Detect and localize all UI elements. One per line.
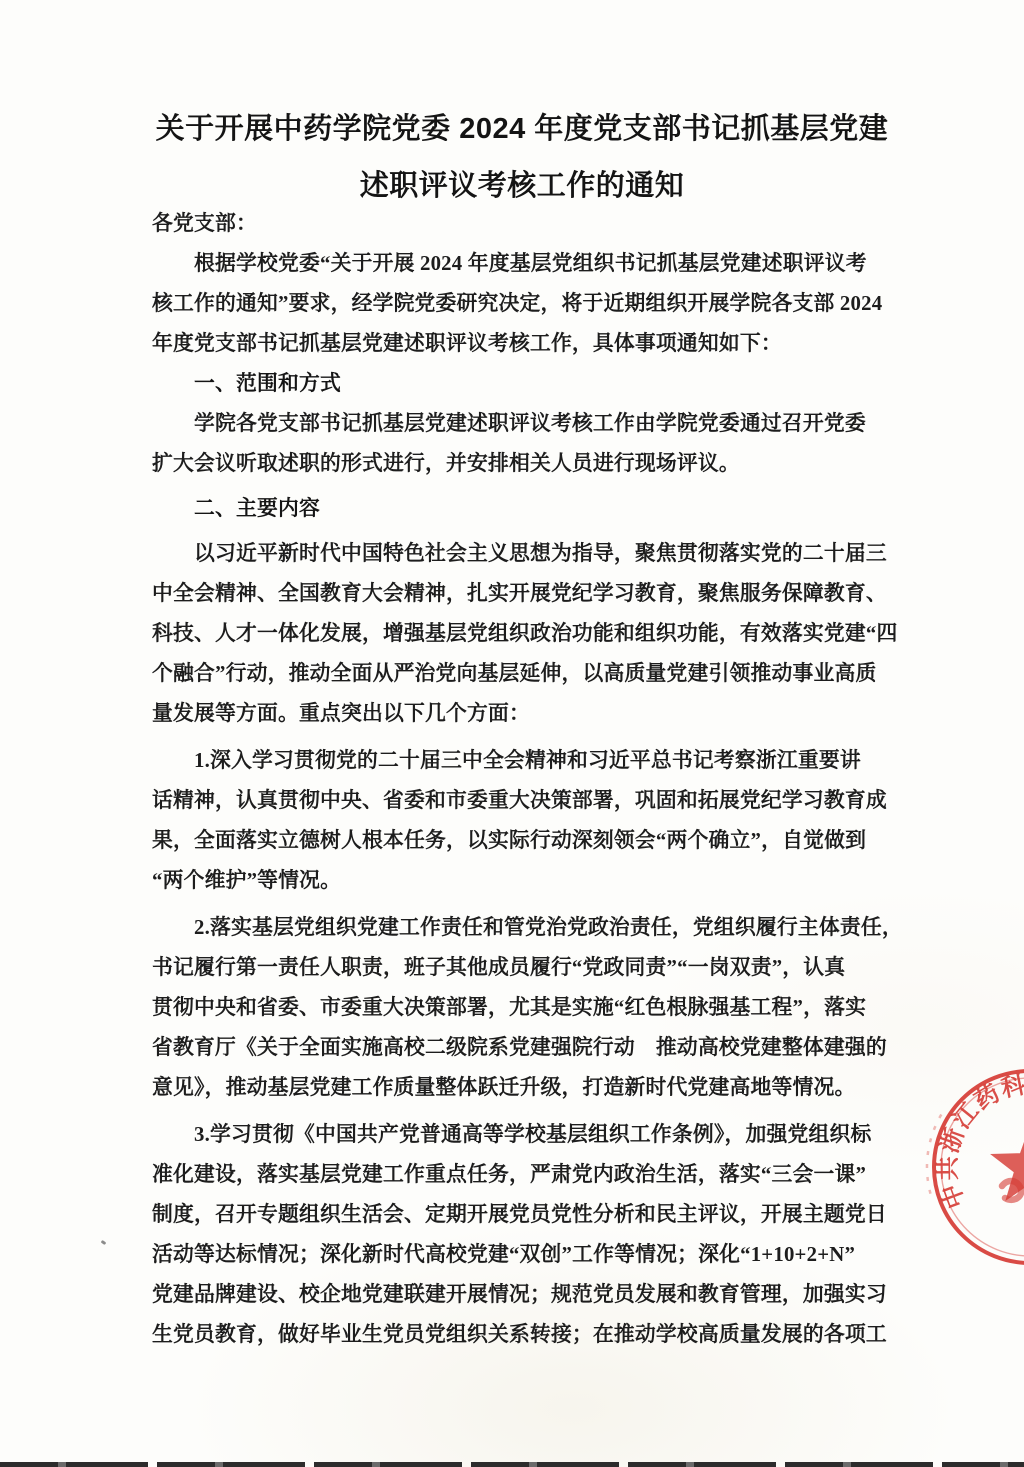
document-line: 量发展等方面。重点突出以下几个方面： <box>152 694 908 734</box>
document-line: 各党支部： <box>152 204 908 244</box>
document-line: 书记履行第一责任人职责，班子其他成员履行“党政同责”“一岗双责”，认真 <box>152 948 908 988</box>
document-line: 省教育厅《关于全面实施高校二级院系党建强院行动 推动高校党建整体建强的 <box>152 1028 908 1068</box>
document-title: 关于开展中药学院党委 2024 年度党支部书记抓基层党建 述职评议考核工作的通知 <box>152 101 892 215</box>
document-body: 各党支部：根据学校党委“关于开展 2024 年度基层党组织书记抓基层党建述职评议… <box>152 204 908 1355</box>
document-line: 科技、人才一体化发展，增强基层党组织政治功能和组织功能，有效落实党建“四 <box>152 614 908 654</box>
document-line: 根据学校党委“关于开展 2024 年度基层党组织书记抓基层党建述职评议考 <box>152 244 908 284</box>
document-line: 扩大会议听取述职的形式进行，并安排相关人员进行现场评议。 <box>152 444 908 484</box>
document-line: 贯彻中央和省委、市委重大决策部署，尤其是实施“红色根脉强基工程”，落实 <box>152 988 908 1028</box>
document-line: 生党员教育，做好毕业生党员党组织关系转接；在推动学校高质量发展的各项工 <box>152 1315 908 1355</box>
scan-bottom-edge <box>0 1462 1024 1467</box>
document-line: 1.深入学习贯彻党的二十届三中全会精神和习近平总书记考察浙江重要讲 <box>152 741 908 781</box>
document-line: 制度，召开专题组织生活会、定期开展党员党性分析和民主评议，开展主题党日 <box>152 1195 908 1235</box>
document-line: 一、范围和方式 <box>152 364 908 404</box>
document-line: 党建品牌建设、校企地党建联建开展情况；规范党员发展和教育管理，加强实习 <box>152 1275 908 1315</box>
document-line: 活动等达标情况；深化新时代高校党建“双创”工作等情况；深化“1+10+2+N” <box>152 1235 908 1275</box>
scan-speck <box>101 1240 107 1245</box>
document-line: 准化建设，落实基层党建工作重点任务，严肃党内政治生活，落实“三会一课” <box>152 1155 908 1195</box>
document-line: 年度党支部书记抓基层党建述职评议考核工作，具体事项通知如下： <box>152 324 908 364</box>
document-line: 果，全面落实立德树人根本任务，以实际行动深刻领会“两个确立”，自觉做到 <box>152 821 908 861</box>
document-line: 意见》，推动基层党建工作质量整体跃迁升级，打造新时代党建高地等情况。 <box>152 1068 908 1108</box>
document-line: 核工作的通知”要求，经学院党委研究决定，将于近期组织开展学院各支部 2024 <box>152 284 908 324</box>
scanned-document-page: 关于开展中药学院党委 2024 年度党支部书记抓基层党建 述职评议考核工作的通知… <box>0 0 1024 1467</box>
document-line: 中全会精神、全国教育大会精神，扎实开展党纪学习教育，聚焦服务保障教育、 <box>152 574 908 614</box>
document-line: 以习近平新时代中国特色社会主义思想为指导，聚焦贯彻落实党的二十届三 <box>152 534 908 574</box>
document-line: 二、主要内容 <box>152 489 908 529</box>
document-line: 2.落实基层党组织党建工作责任和管党治党政治责任，党组织履行主体责任， <box>152 908 908 948</box>
document-title-line-1: 关于开展中药学院党委 2024 年度党支部书记抓基层党建 <box>152 101 892 158</box>
document-line: 个融合”行动，推动全面从严治党向基层延伸，以高质量党建引领推动事业高质 <box>152 654 908 694</box>
official-seal-stamp: 中共浙江药科 <box>880 1020 1024 1310</box>
document-line: “两个维护”等情况。 <box>152 861 908 901</box>
document-line: 3.学习贯彻《中国共产党普通高等学校基层组织工作条例》，加强党组织标 <box>152 1115 908 1155</box>
document-line: 学院各党支部书记抓基层党建述职评议考核工作由学院党委通过召开党委 <box>152 404 908 444</box>
document-line: 话精神，认真贯彻中央、省委和市委重大决策部署，巩固和拓展党纪学习教育成 <box>152 781 908 821</box>
